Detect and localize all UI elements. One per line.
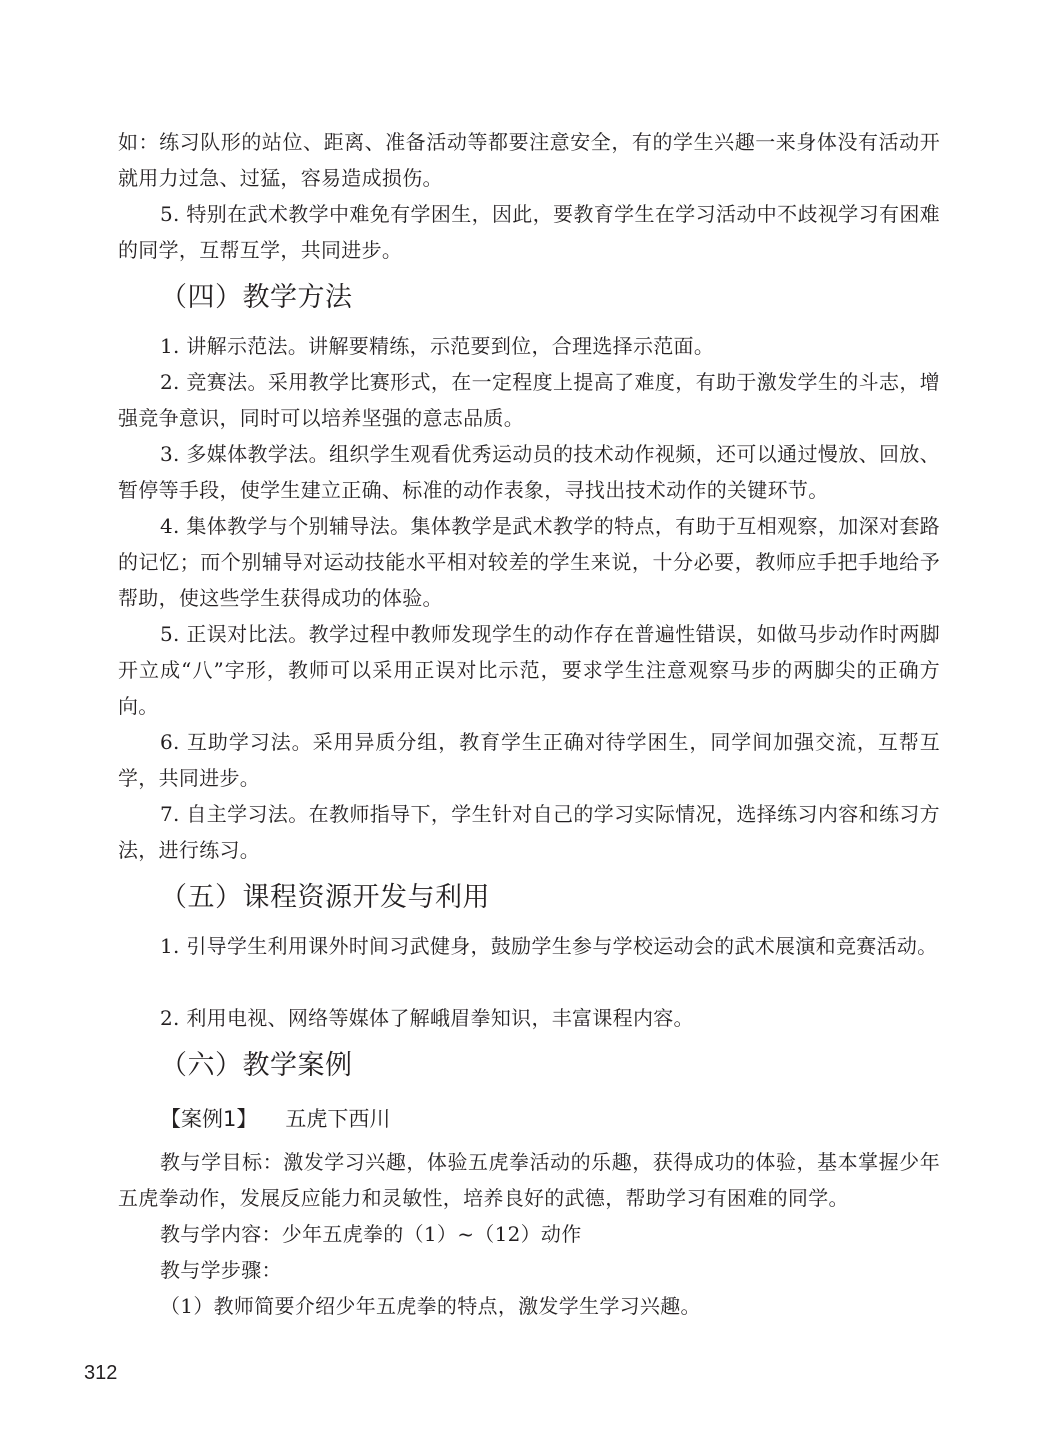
case-1-content: 教与学内容：少年五虎拳的（1）~（12）动作 (118, 1216, 940, 1252)
method-item-7: 7. 自主学习法。在教师指导下，学生针对自己的学习实际情况，选择练习内容和练习方… (118, 796, 940, 868)
method-item-6: 6. 互助学习法。采用异质分组，教育学生正确对待学困生，同学间加强交流，互帮互学… (118, 724, 940, 796)
case-1-title: 【案例1】五虎下西川 (160, 1104, 390, 1134)
resource-item-1: 1. 引导学生利用课外时间习武健身，鼓励学生参与学校运动会的武术展演和竞赛活动。 (118, 928, 940, 964)
section-heading-teaching-methods: （四）教学方法 (160, 280, 353, 316)
section-heading-teaching-cases: （六）教学案例 (160, 1048, 353, 1084)
case-1-name: 五虎下西川 (285, 1107, 390, 1131)
method-item-5: 5. 正误对比法。教学过程中教师发现学生的动作存在普遍性错误，如做马步动作时两脚… (118, 616, 940, 724)
case-1-steps-label: 教与学步骤： (118, 1252, 940, 1288)
method-item-2: 2. 竞赛法。采用教学比赛形式，在一定程度上提高了难度，有助于激发学生的斗志，增… (118, 364, 940, 436)
document-page: 如：练习队形的站位、距离、准备活动等都要注意安全，有的学生兴趣一来身体没有活动开… (0, 0, 1038, 1452)
method-item-3: 3. 多媒体教学法。组织学生观看优秀运动员的技术动作视频，还可以通过慢放、回放、… (118, 436, 940, 508)
page-number: 312 (84, 1362, 117, 1385)
paragraph-safety-intro: 如：练习队形的站位、距离、准备活动等都要注意安全，有的学生兴趣一来身体没有活动开… (118, 124, 940, 196)
paragraph-item-5: 5. 特别在武术教学中难免有学困生，因此，要教育学生在学习活动中不歧视学习有困难… (118, 196, 940, 268)
case-1-step-1: （1）教师简要介绍少年五虎拳的特点，激发学生学习兴趣。 (160, 1288, 940, 1324)
section-heading-course-resources: （五）课程资源开发与利用 (160, 880, 490, 916)
method-item-1: 1. 讲解示范法。讲解要精练，示范要到位，合理选择示范面。 (118, 328, 940, 364)
method-item-4: 4. 集体教学与个别辅导法。集体教学是武术教学的特点，有助于互相观察，加深对套路… (118, 508, 940, 616)
resource-item-2: 2. 利用电视、网络等媒体了解峨眉拳知识，丰富课程内容。 (118, 1000, 940, 1036)
case-1-label: 【案例1】 (160, 1107, 257, 1131)
case-1-goal: 教与学目标：激发学习兴趣，体验五虎拳活动的乐趣，获得成功的体验，基本掌握少年五虎… (118, 1144, 940, 1216)
